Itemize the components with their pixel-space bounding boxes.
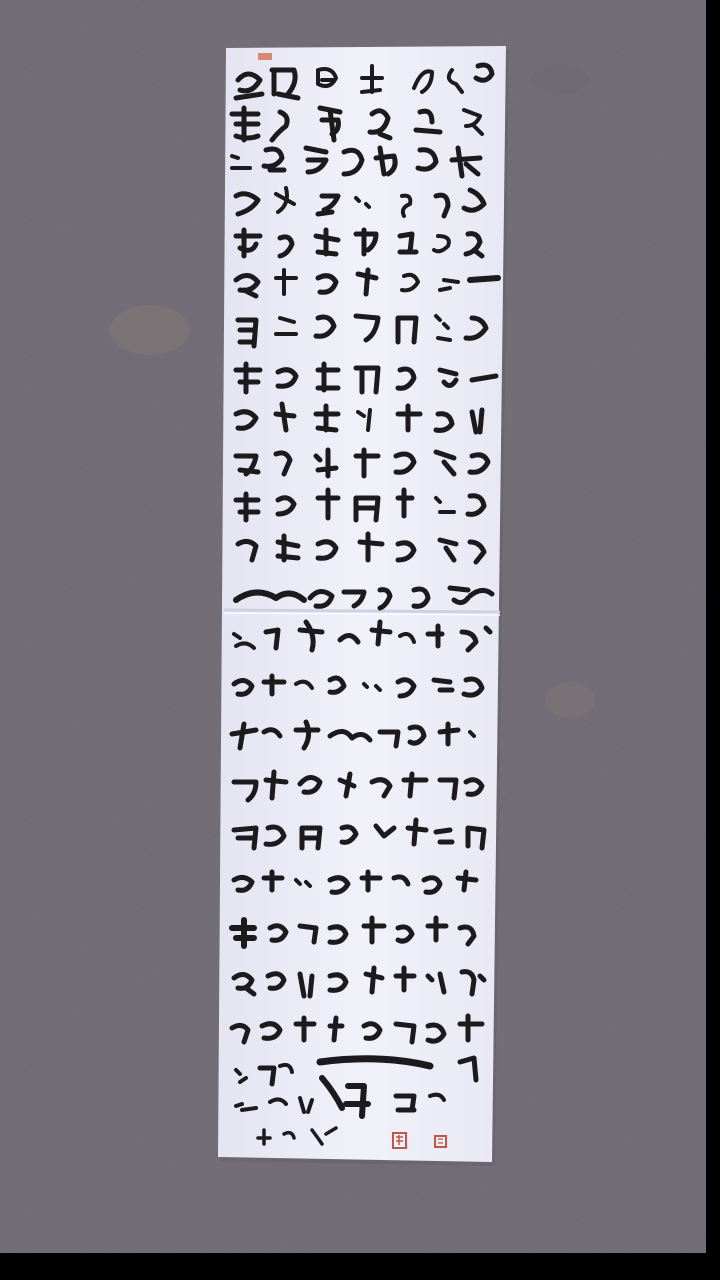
calligraphy-scroll-photo [0, 0, 720, 1280]
frame-border-bottom [0, 1253, 720, 1280]
fold-line [224, 610, 500, 612]
frame-border-right [706, 0, 720, 1280]
top-seal [258, 53, 272, 60]
paper-scroll [218, 46, 509, 1166]
